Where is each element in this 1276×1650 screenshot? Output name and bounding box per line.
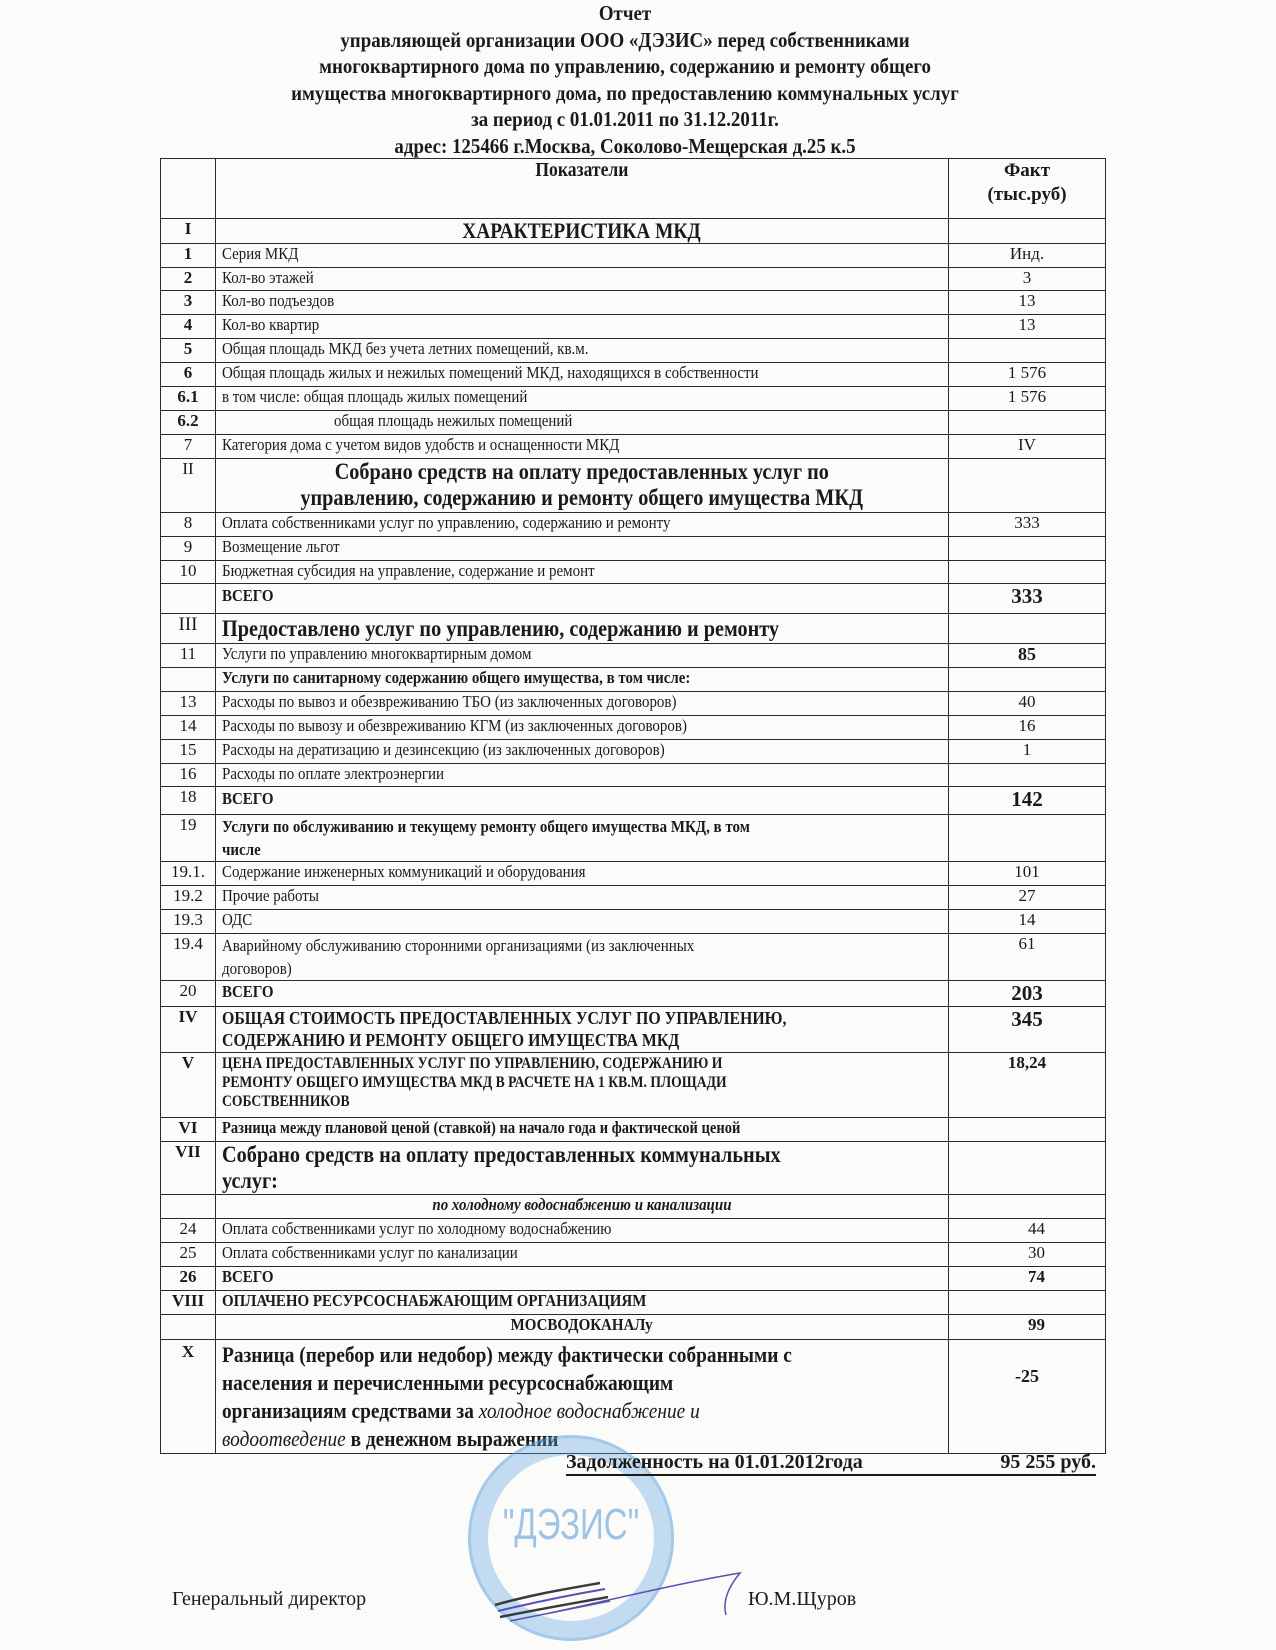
- table-row: 11Услуги по управлению многоквартирным д…: [161, 644, 1106, 668]
- table-row: 25Оплата собственниками услуг по канализ…: [161, 1243, 1106, 1267]
- table-row-subheader: 19 Услуги по обслуживанию и текущему рем…: [161, 815, 1106, 862]
- table-row-section: II Собрано средств на оплату предоставле…: [161, 459, 1106, 513]
- table-row: 15Расходы на дератизацию и дезинсекцию (…: [161, 740, 1106, 764]
- table-row-subheader: Услуги по санитарному содержанию общего …: [161, 668, 1106, 692]
- table-row: 24Оплата собственниками услуг по холодно…: [161, 1219, 1106, 1243]
- table-row-section: IV ОБЩАЯ СТОИМОСТЬ ПРЕДОСТАВЛЕННЫХ УСЛУГ…: [161, 1007, 1106, 1053]
- table-row: 3Кол-во подъездов13: [161, 291, 1106, 315]
- table-row-section: VII Собрано средств на оплату предоставл…: [161, 1142, 1106, 1195]
- signer-name: Ю.М.Щуров: [748, 1588, 856, 1611]
- table-row: 6.2общая площадь нежилых помещений: [161, 411, 1106, 435]
- table-row-total: 26ВСЕГО74: [161, 1267, 1106, 1291]
- table-row: 14Расходы по вывозу и обезвреживанию КГМ…: [161, 716, 1106, 740]
- report-header: Отчет управляющей организации ООО «ДЭЗИС…: [198, 0, 1053, 159]
- table-row: 8Оплата собственниками услуг по управлен…: [161, 513, 1106, 537]
- table-row: I ХАРАКТЕРИСТИКА МКД: [161, 219, 1106, 244]
- header-indicators: Показатели: [216, 159, 949, 219]
- section-title: ХАРАКТЕРИСТИКА МКД: [463, 219, 701, 243]
- table-row-section: VI Разница между плановой ценой (ставкой…: [161, 1118, 1106, 1142]
- table-row-section: X Разница (перебор или недобор) между фа…: [161, 1340, 1106, 1454]
- debt-label: Задолженность на 01.01.2012года: [566, 1450, 863, 1474]
- report-subtitle-line-1: управляющей организации ООО «ДЭЗИС» пере…: [198, 27, 1053, 54]
- table-row: 19.1.Содержание инженерных коммуникаций …: [161, 862, 1106, 886]
- report-period: за период с 01.01.2011 по 31.12.2011г.: [198, 106, 1053, 133]
- report-address: адрес: 125466 г.Москва, Соколово-Мещерск…: [198, 133, 1053, 160]
- table-row-total: 20ВСЕГО203: [161, 981, 1106, 1007]
- table-row: 16Расходы по оплате электроэнергии: [161, 764, 1106, 787]
- table-row: 5Общая площадь МКД без учета летних поме…: [161, 339, 1106, 363]
- table-row-section: V ЦЕНА ПРЕДОСТАВЛЕННЫХ УСЛУГ ПО УПРАВЛЕН…: [161, 1053, 1106, 1118]
- table-row: МОСВОДОКАНАЛу99: [161, 1315, 1106, 1340]
- table-row-section: III Предоставлено услуг по управлению, с…: [161, 614, 1106, 644]
- table-row-total: ВСЕГО333: [161, 584, 1106, 614]
- debt-summary: Задолженность на 01.01.2012года 95 255 р…: [566, 1450, 1096, 1476]
- table-row: 19.2Прочие работы27: [161, 886, 1106, 910]
- debt-value: 95 255 руб.: [1000, 1450, 1096, 1474]
- report-subtitle-line-3: имущества многоквартирного дома, по пред…: [198, 80, 1053, 107]
- table-row-total: 18ВСЕГО142: [161, 787, 1106, 815]
- table-row: 7Категория дома с учетом видов удобств и…: [161, 435, 1106, 459]
- table-row: 1Серия МКДИнд.: [161, 244, 1106, 268]
- report-subtitle-line-2: многоквартирного дома по управлению, сод…: [198, 53, 1053, 80]
- table-row-section: VIIIОПЛАЧЕНО РЕСУРСОСНАБЖАЮЩИМ ОРГАНИЗАЦ…: [161, 1291, 1106, 1315]
- table-row: 6.1в том числе: общая площадь жилых поме…: [161, 387, 1106, 411]
- stamp-text: "ДЭЗИС": [496, 1500, 646, 1550]
- table-row: 19.3ОДС14: [161, 910, 1106, 934]
- table-row: 2Кол-во этажей3: [161, 268, 1106, 291]
- table-row: 19.4 Аварийному обслуживанию сторонними …: [161, 934, 1106, 981]
- table-row-subheader: по холодному водоснабжению и канализации: [161, 1195, 1106, 1219]
- table-row: 6Общая площадь жилых и нежилых помещений…: [161, 363, 1106, 387]
- header-index-cell: [161, 159, 216, 219]
- signer-title: Генеральный директор: [172, 1588, 366, 1611]
- table-row: 9Возмещение льгот: [161, 537, 1106, 561]
- table-row: 10Бюджетная субсидия на управление, соде…: [161, 561, 1106, 584]
- report-table: Показатели Факт(тыс.руб) I ХАРАКТЕРИСТИК…: [160, 158, 1106, 1454]
- table-row: 13Расходы по вывоз и обезвреживанию ТБО …: [161, 692, 1106, 716]
- header-fact: Факт(тыс.руб): [949, 159, 1106, 219]
- report-title: Отчет: [198, 0, 1053, 27]
- table-header-row: Показатели Факт(тыс.руб): [161, 159, 1106, 219]
- signature-icon: [490, 1555, 750, 1630]
- table-row: 4Кол-во квартир13: [161, 315, 1106, 339]
